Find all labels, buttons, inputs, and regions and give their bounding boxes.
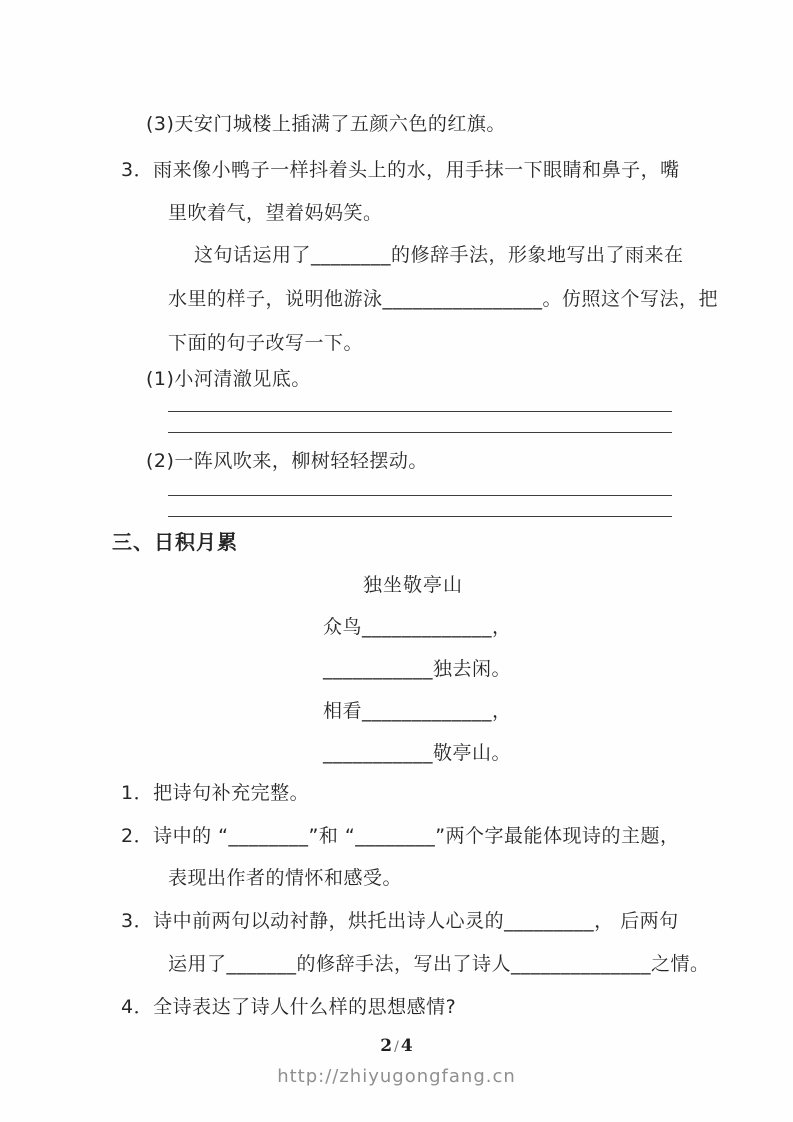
sentence-sub3: (3)天安门城楼上插满了五颜六色的红旗。 <box>146 112 506 136</box>
poem-line-4: ___________敬亭山。 <box>323 741 511 765</box>
question-2-line2: 表现出作者的情怀和感受。 <box>168 866 402 890</box>
page-number-total: 4 <box>401 1036 413 1056</box>
answer-line <box>168 432 672 433</box>
question-3-line1: 3．诗中前两句以动衬静，烘托出诗人心灵的_________， 后两句 <box>121 909 679 933</box>
question-4: 4．全诗表达了诗人什么样的思想感情? <box>121 995 456 1019</box>
page-number: 2/4 <box>0 1036 793 1056</box>
rewrite-item-1: (1)小河清澈见底。 <box>146 367 311 391</box>
worksheet-page: (3)天安门城楼上插满了五颜六色的红旗。 3．雨来像小鸭子一样抖着头上的水，用手… <box>0 0 793 1122</box>
question-3-stem-line1: 3．雨来像小鸭子一样抖着头上的水，用手抹一下眼睛和鼻子，嘴 <box>121 158 680 182</box>
analysis-line-3: 下面的句子改写一下。 <box>168 331 363 355</box>
question-1: 1．把诗句补充完整。 <box>121 781 309 805</box>
answer-line <box>168 411 672 412</box>
analysis-line-2: 水里的样子，说明他游泳________________。仿照这个写法，把 <box>168 287 718 311</box>
analysis-line-1: 这句话运用了________的修辞手法，形象地写出了雨来在 <box>194 243 684 267</box>
poem-line-1: 众鸟_____________， <box>323 615 512 639</box>
section-heading: 三、日积月累 <box>112 530 238 554</box>
poem-line-2: ___________独去闲。 <box>323 657 511 681</box>
rewrite-item-2: (2)一阵风吹来，柳树轻轻摆动。 <box>146 449 428 473</box>
answer-line <box>168 516 672 517</box>
question-3-line2: 运用了_______的修辞手法，写出了诗人______________之情。 <box>168 952 710 976</box>
page-number-current: 2 <box>380 1036 392 1056</box>
answer-line <box>168 495 672 496</box>
question-2-line1: 2．诗中的 “________”和 “________”两个字最能体现诗的主题， <box>121 824 680 848</box>
poem-line-3: 相看_____________， <box>323 699 512 723</box>
poem-title: 独坐敬亭山 <box>323 573 503 597</box>
question-3-stem-line2: 里吹着气，望着妈妈笑。 <box>168 201 383 225</box>
page-number-separator: / <box>392 1039 401 1055</box>
footer-url: http://zhiyugongfang.cn <box>0 1066 793 1087</box>
